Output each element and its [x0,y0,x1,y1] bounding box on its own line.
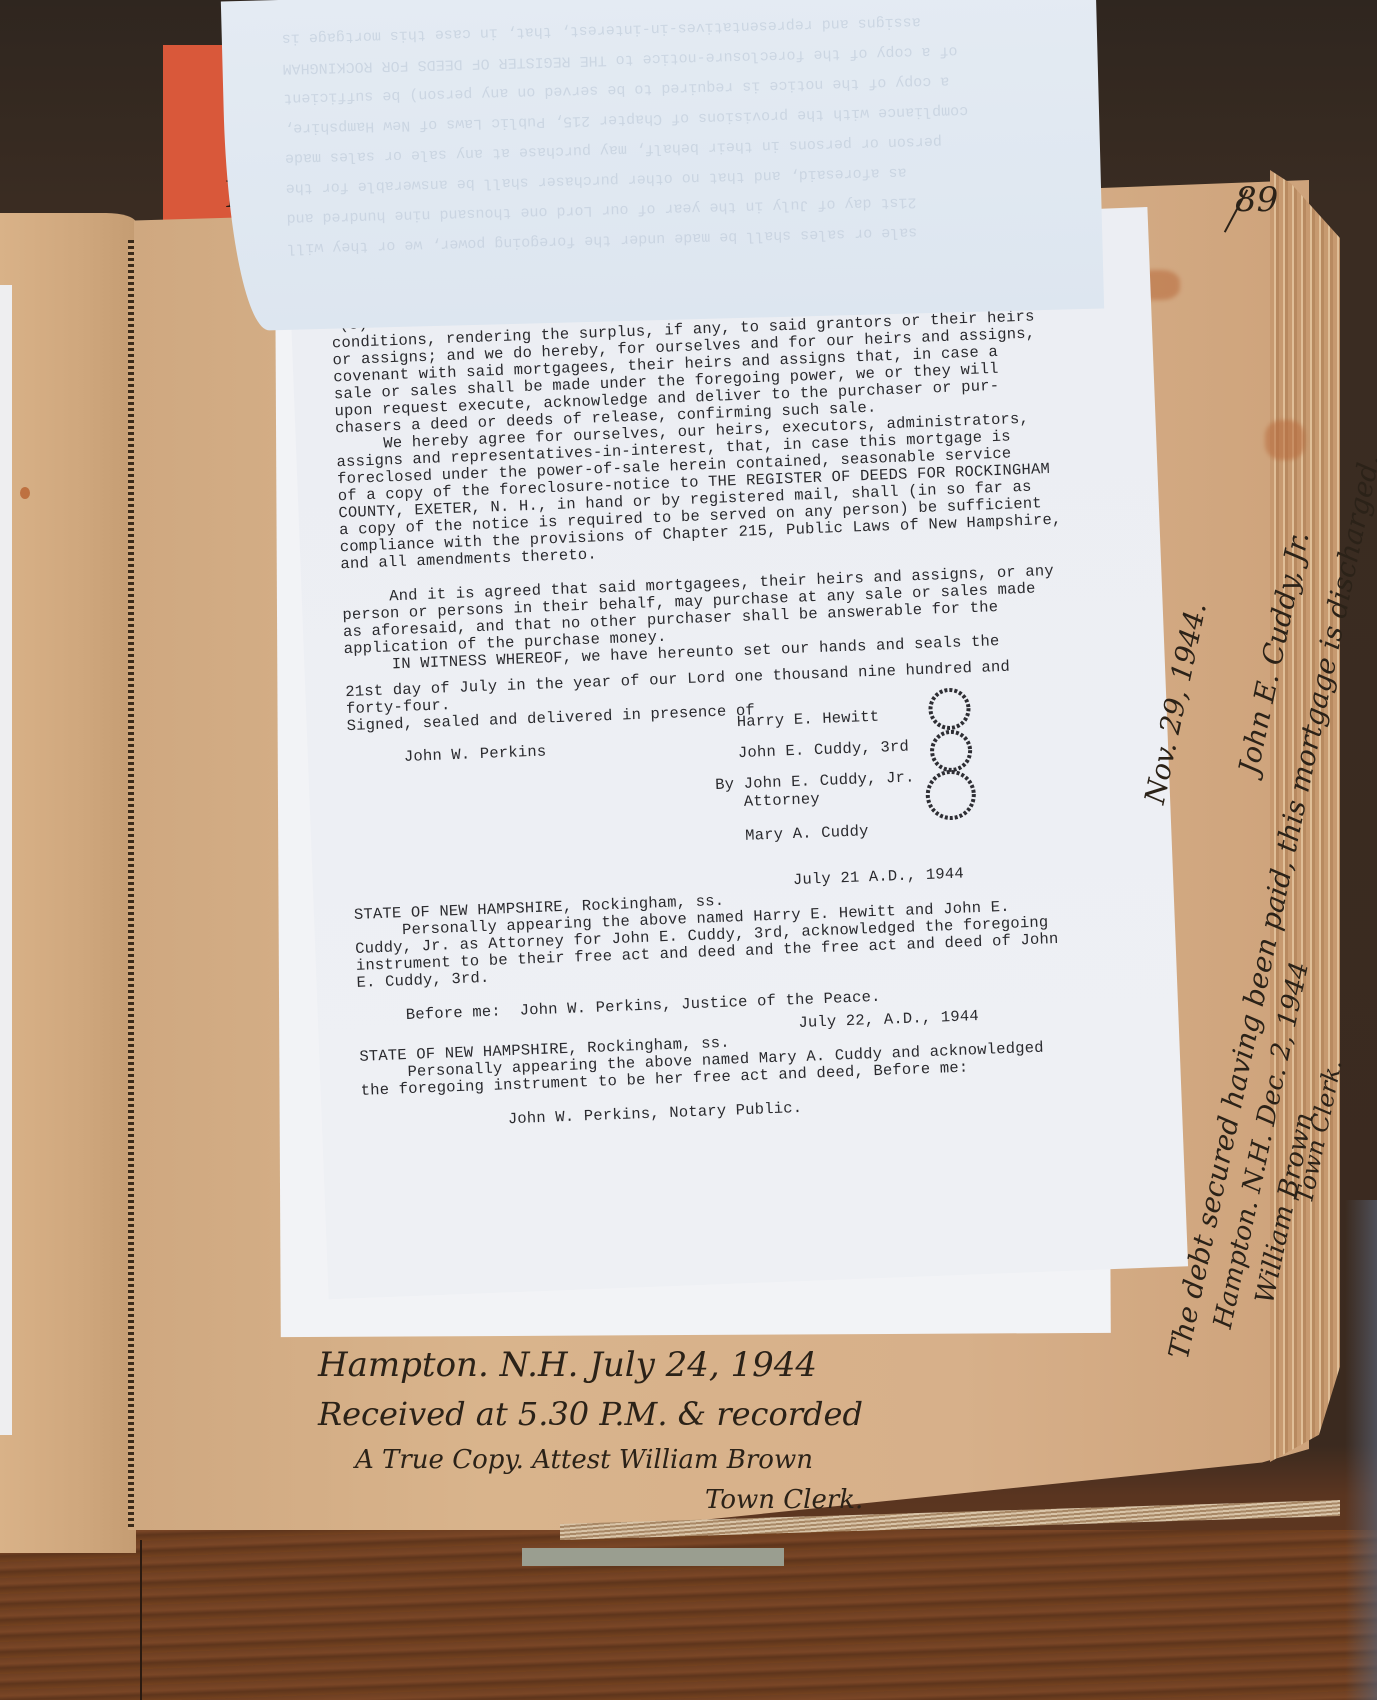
book-gutter-stitching [128,240,134,1530]
ack2-officer: John W. Perkins, Notary Public. [508,1099,803,1128]
handwritten-town-clerk: Town Clerk. [705,1485,863,1515]
left-pasted-sheet-edge [0,285,12,1435]
typed-mortgage-page: (3) conditions, rendering the surplus, i… [288,207,1188,1299]
left-ledger-page [0,213,136,1553]
signatory-name: John E. Cuddy, 3rd [738,738,910,763]
stain-mark [1265,420,1305,460]
handwritten-recorded-time: Received at 5.30 P.M. & recorded [318,1395,863,1433]
ghost-text: assigns and representatives-in-interest,… [282,13,921,47]
shadow [1345,1200,1377,1700]
folded-previous-sheet: assigns and representatives-in-interest,… [221,0,1104,331]
ghost-text: person or persons in their behalf, may p… [285,133,942,167]
paper-slip-tab [522,1548,784,1566]
seal-loops-icon [914,684,989,827]
ghost-text: a copy of the notice is required to be s… [283,72,949,106]
ghost-text: as aforesaid, and that no other purchase… [286,164,907,197]
ghost-text: of a copy of the foreclosure-notice to T… [282,42,957,77]
handwritten-recording-place-date: Hampton. N.H. July 24, 1944 [318,1345,817,1385]
ghost-text: compliance with the provisions of Chapte… [284,102,968,137]
ghost-text: 21st day of July in the year of our Lord… [286,193,916,226]
ack1-line: E. Cuddy, 3rd. [356,969,490,992]
witness-name: John W. Perkins [404,742,547,765]
signatory-role: Attorney [744,790,821,811]
ghost-text: sale or sales shall be made under the fo… [287,223,917,256]
ack2-date: July 22, A.D., 1944 [798,1007,979,1032]
ack1-date: July 21 A.D., 1944 [793,865,965,890]
table-seam [140,1540,142,1700]
signatory-name: Mary A. Cuddy [745,822,869,845]
signatory-name: Harry E. Hewitt [736,708,879,731]
handwritten-attest: A True Copy. Attest William Brown [355,1445,813,1475]
stain-mark [20,487,30,499]
